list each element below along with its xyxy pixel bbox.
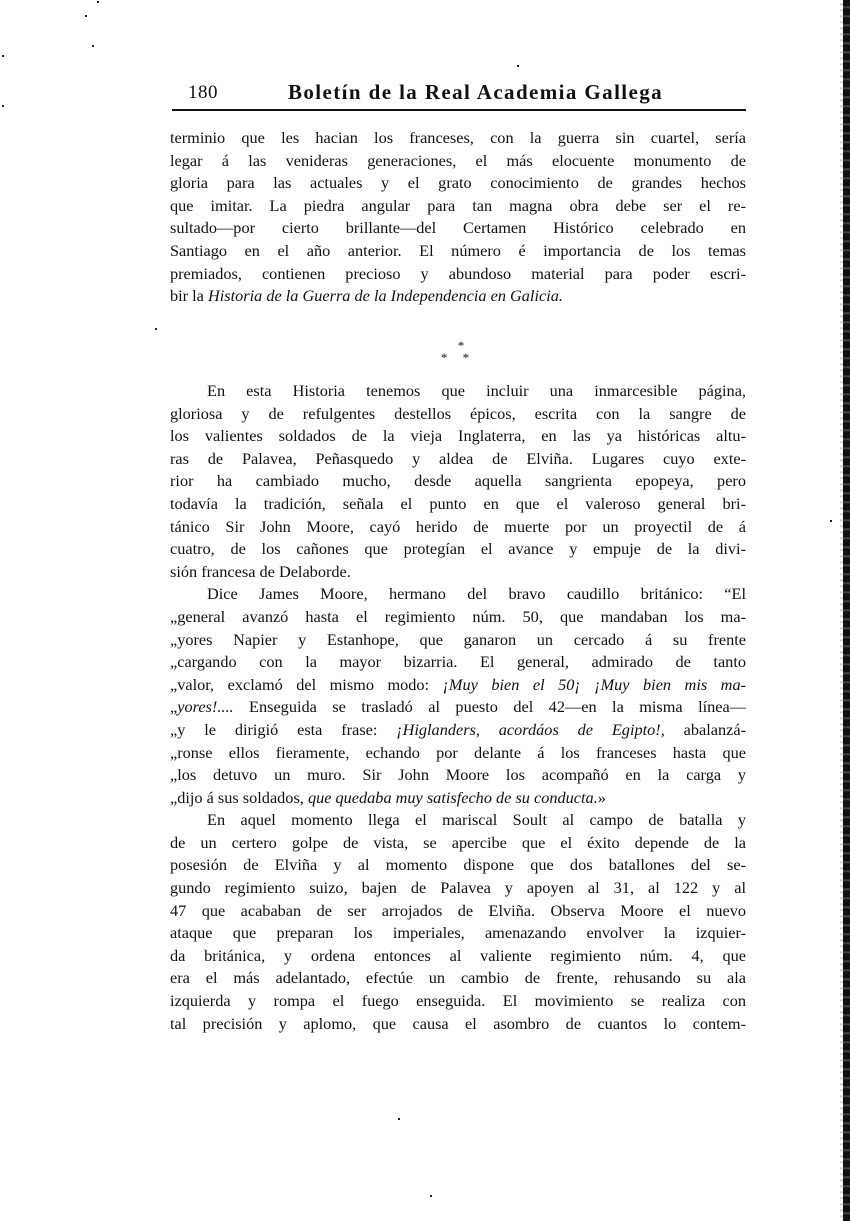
text-line: era el más adelantado, efectúe un cambio… [170, 967, 746, 990]
paragraph-1: En esta Historia tenemos que incluir una… [170, 380, 746, 583]
text-line: gundo regimiento suizo, bajen de Palavea… [170, 877, 746, 900]
text-run: » [598, 788, 606, 807]
text-line: „yores!.... Enseguida se trasladó al pue… [170, 696, 746, 719]
text-line: tánico Sir John Moore, cayó herido de mu… [170, 516, 746, 539]
text-line: „y le dirigió esta frase: ¡Higlanders, a… [170, 719, 746, 742]
section-2: En esta Historia tenemos que incluir una… [170, 380, 746, 1035]
text-line: „valor, exclamó del mismo modo: ¡Muy bie… [170, 674, 746, 697]
scan-speck [92, 45, 94, 47]
header-rule [172, 109, 746, 111]
running-title: Boletín de la Real Academia Gallega [288, 80, 663, 105]
text-line: Santiago en el año anterior. El número é… [170, 240, 746, 263]
scan-speck [2, 105, 4, 107]
text-line: posesión de Elviña y al momento dispone … [170, 854, 746, 877]
text-line: cuatro, de los cañones que protegían el … [170, 538, 746, 561]
scan-speck [398, 1118, 400, 1120]
text-line: de un certero golpe de vista, se apercib… [170, 832, 746, 855]
text-line: gloria para las actuales y el grato cono… [170, 172, 746, 195]
scan-speck [85, 15, 87, 17]
text-line: ras de Palavea, Peñasquedo y aldea de El… [170, 448, 746, 471]
text-line: terminio que les hacian los franceses, c… [170, 127, 746, 150]
text-line: „ronse ellos fieramente, echando por del… [170, 742, 746, 765]
quote-italic: que quedaba muy satisfecho de su conduct… [308, 788, 598, 807]
text-run: bir la [170, 286, 208, 305]
text-line: 47 que acababan de ser arrojados de Elvi… [170, 900, 746, 923]
text-line: bir la Historia de la Guerra de la Indep… [170, 285, 746, 308]
scan-speck [2, 55, 4, 57]
text-line: „dijo á sus soldados, que quedaba muy sa… [170, 787, 746, 810]
text-line: premiados, contienen precioso y abundoso… [170, 263, 746, 286]
text-line: „los detuvo un muro. Sir John Moore los … [170, 764, 746, 787]
text-line: „yores Napier y Estanhope, que ganaron u… [170, 629, 746, 652]
text-line: En esta Historia tenemos que incluir una… [170, 380, 746, 403]
quote-italic: yores!.... [177, 697, 233, 716]
text-run: „dijo á sus soldados, [170, 788, 308, 807]
text-line: sión francesa de Delaborde. [170, 561, 746, 584]
page-header: 180 Boletín de la Real Academia Gallega [172, 80, 745, 108]
text-line: que imitar. La piedra angular para tan m… [170, 195, 746, 218]
book-title-italic: Historia de la Guerra de la Independenci… [208, 286, 563, 305]
asterism-bottom: * * [170, 352, 746, 364]
scan-speck [155, 328, 157, 330]
scan-speck [430, 1195, 432, 1197]
text-line: izquierda y rompa el fuego enseguida. El… [170, 990, 746, 1013]
asterism-separator: * * * [170, 340, 746, 370]
paragraph-continuation: terminio que les hacian los franceses, c… [170, 127, 746, 308]
text-line: da británica, y ordena entonces al valie… [170, 945, 746, 968]
text-line: „cargando con la mayor bizarria. El gene… [170, 651, 746, 674]
text-line: Dice James Moore, hermano del bravo caud… [170, 583, 746, 606]
scanned-page: 180 Boletín de la Real Academia Gallega … [0, 0, 850, 1221]
text-line: „general avanzó hasta el regimiento núm.… [170, 606, 746, 629]
text-line: gloriosa y de refulgentes destellos épic… [170, 403, 746, 426]
page-number: 180 [188, 82, 218, 104]
section-1: terminio que les hacian los franceses, c… [170, 127, 746, 308]
scan-speck [517, 65, 519, 67]
text-line: En aquel momento llega el mariscal Soult… [170, 809, 746, 832]
text-line: rior ha cambiado mucho, desde aquella sa… [170, 470, 746, 493]
scan-speck [97, 1, 99, 3]
text-run: „valor, exclamó del mismo modo: [170, 675, 443, 694]
quote-italic: ¡Muy bien el 50¡ ¡Muy bien mis ma- [443, 675, 746, 694]
paragraph-2-quote: Dice James Moore, hermano del bravo caud… [170, 583, 746, 809]
binding-edge [843, 0, 850, 1221]
text-run: „y le dirigió esta frase: [170, 720, 396, 739]
quote-italic: ¡Higlanders, acordáos de Egipto!, [396, 720, 665, 739]
text-run: Enseguida se trasladó al puesto del 42—e… [234, 697, 746, 716]
text-line: legar á las venideras generaciones, el m… [170, 150, 746, 173]
text-run: abalanzá- [665, 720, 746, 739]
text-line: los valientes soldados de la vieja Ingla… [170, 425, 746, 448]
text-line: todavía la tradición, señala el punto en… [170, 493, 746, 516]
text-line: sultado—por cierto brillante—del Certame… [170, 217, 746, 240]
text-line: ataque que preparan los imperiales, amen… [170, 922, 746, 945]
text-line: tal precisión y aplomo, que causa el aso… [170, 1013, 746, 1036]
paragraph-3: En aquel momento llega el mariscal Soult… [170, 809, 746, 1035]
scan-speck [830, 520, 832, 522]
